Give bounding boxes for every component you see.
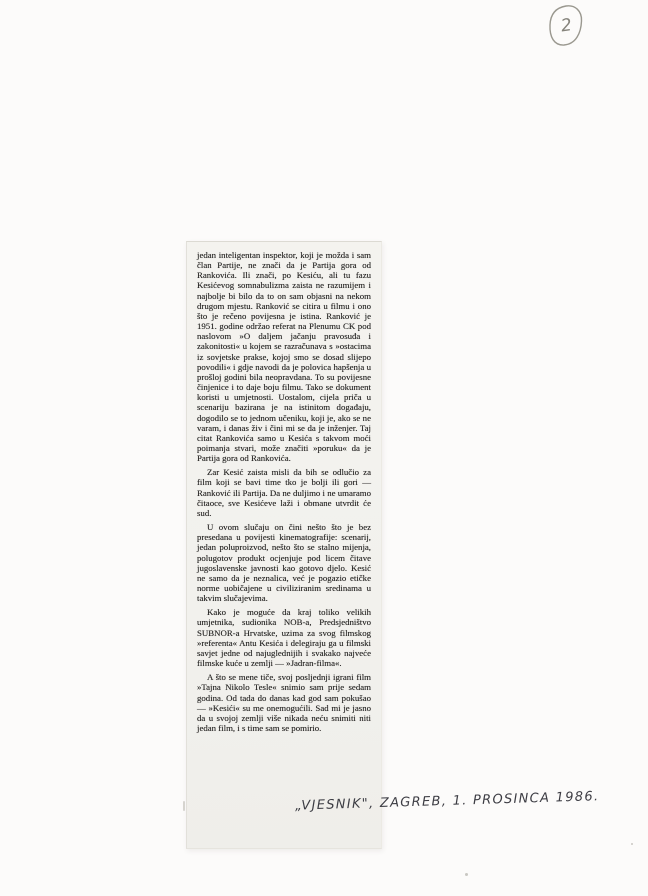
newspaper-clipping: jedan inteligentan inspektor, koji je mo… bbox=[186, 241, 382, 849]
clipping-paragraph: A što se mene tiče, svoj posljednji igra… bbox=[197, 672, 371, 733]
scan-speck bbox=[183, 801, 185, 811]
scan-speck bbox=[631, 843, 633, 845]
clipping-paragraph: Kako je moguće da kraj toliko velikih um… bbox=[197, 607, 371, 668]
clipping-text: jedan inteligentan inspektor, koji je mo… bbox=[197, 250, 371, 733]
scan-speck bbox=[465, 873, 468, 876]
clipping-paragraph: jedan inteligentan inspektor, koji je mo… bbox=[197, 250, 371, 463]
page-number-text: 2 bbox=[560, 15, 574, 36]
circle-annotation-icon: 2 bbox=[545, 3, 589, 49]
clipping-paragraph: U ovom slučaju on čini nešto što je bez … bbox=[197, 522, 371, 603]
clipping-paragraph: Zar Kesić zaista misli da bih se odlučio… bbox=[197, 467, 371, 518]
handwritten-page-number: 2 bbox=[545, 3, 589, 49]
scanned-page: { "page": { "page_number": "2", "annotat… bbox=[0, 0, 648, 896]
